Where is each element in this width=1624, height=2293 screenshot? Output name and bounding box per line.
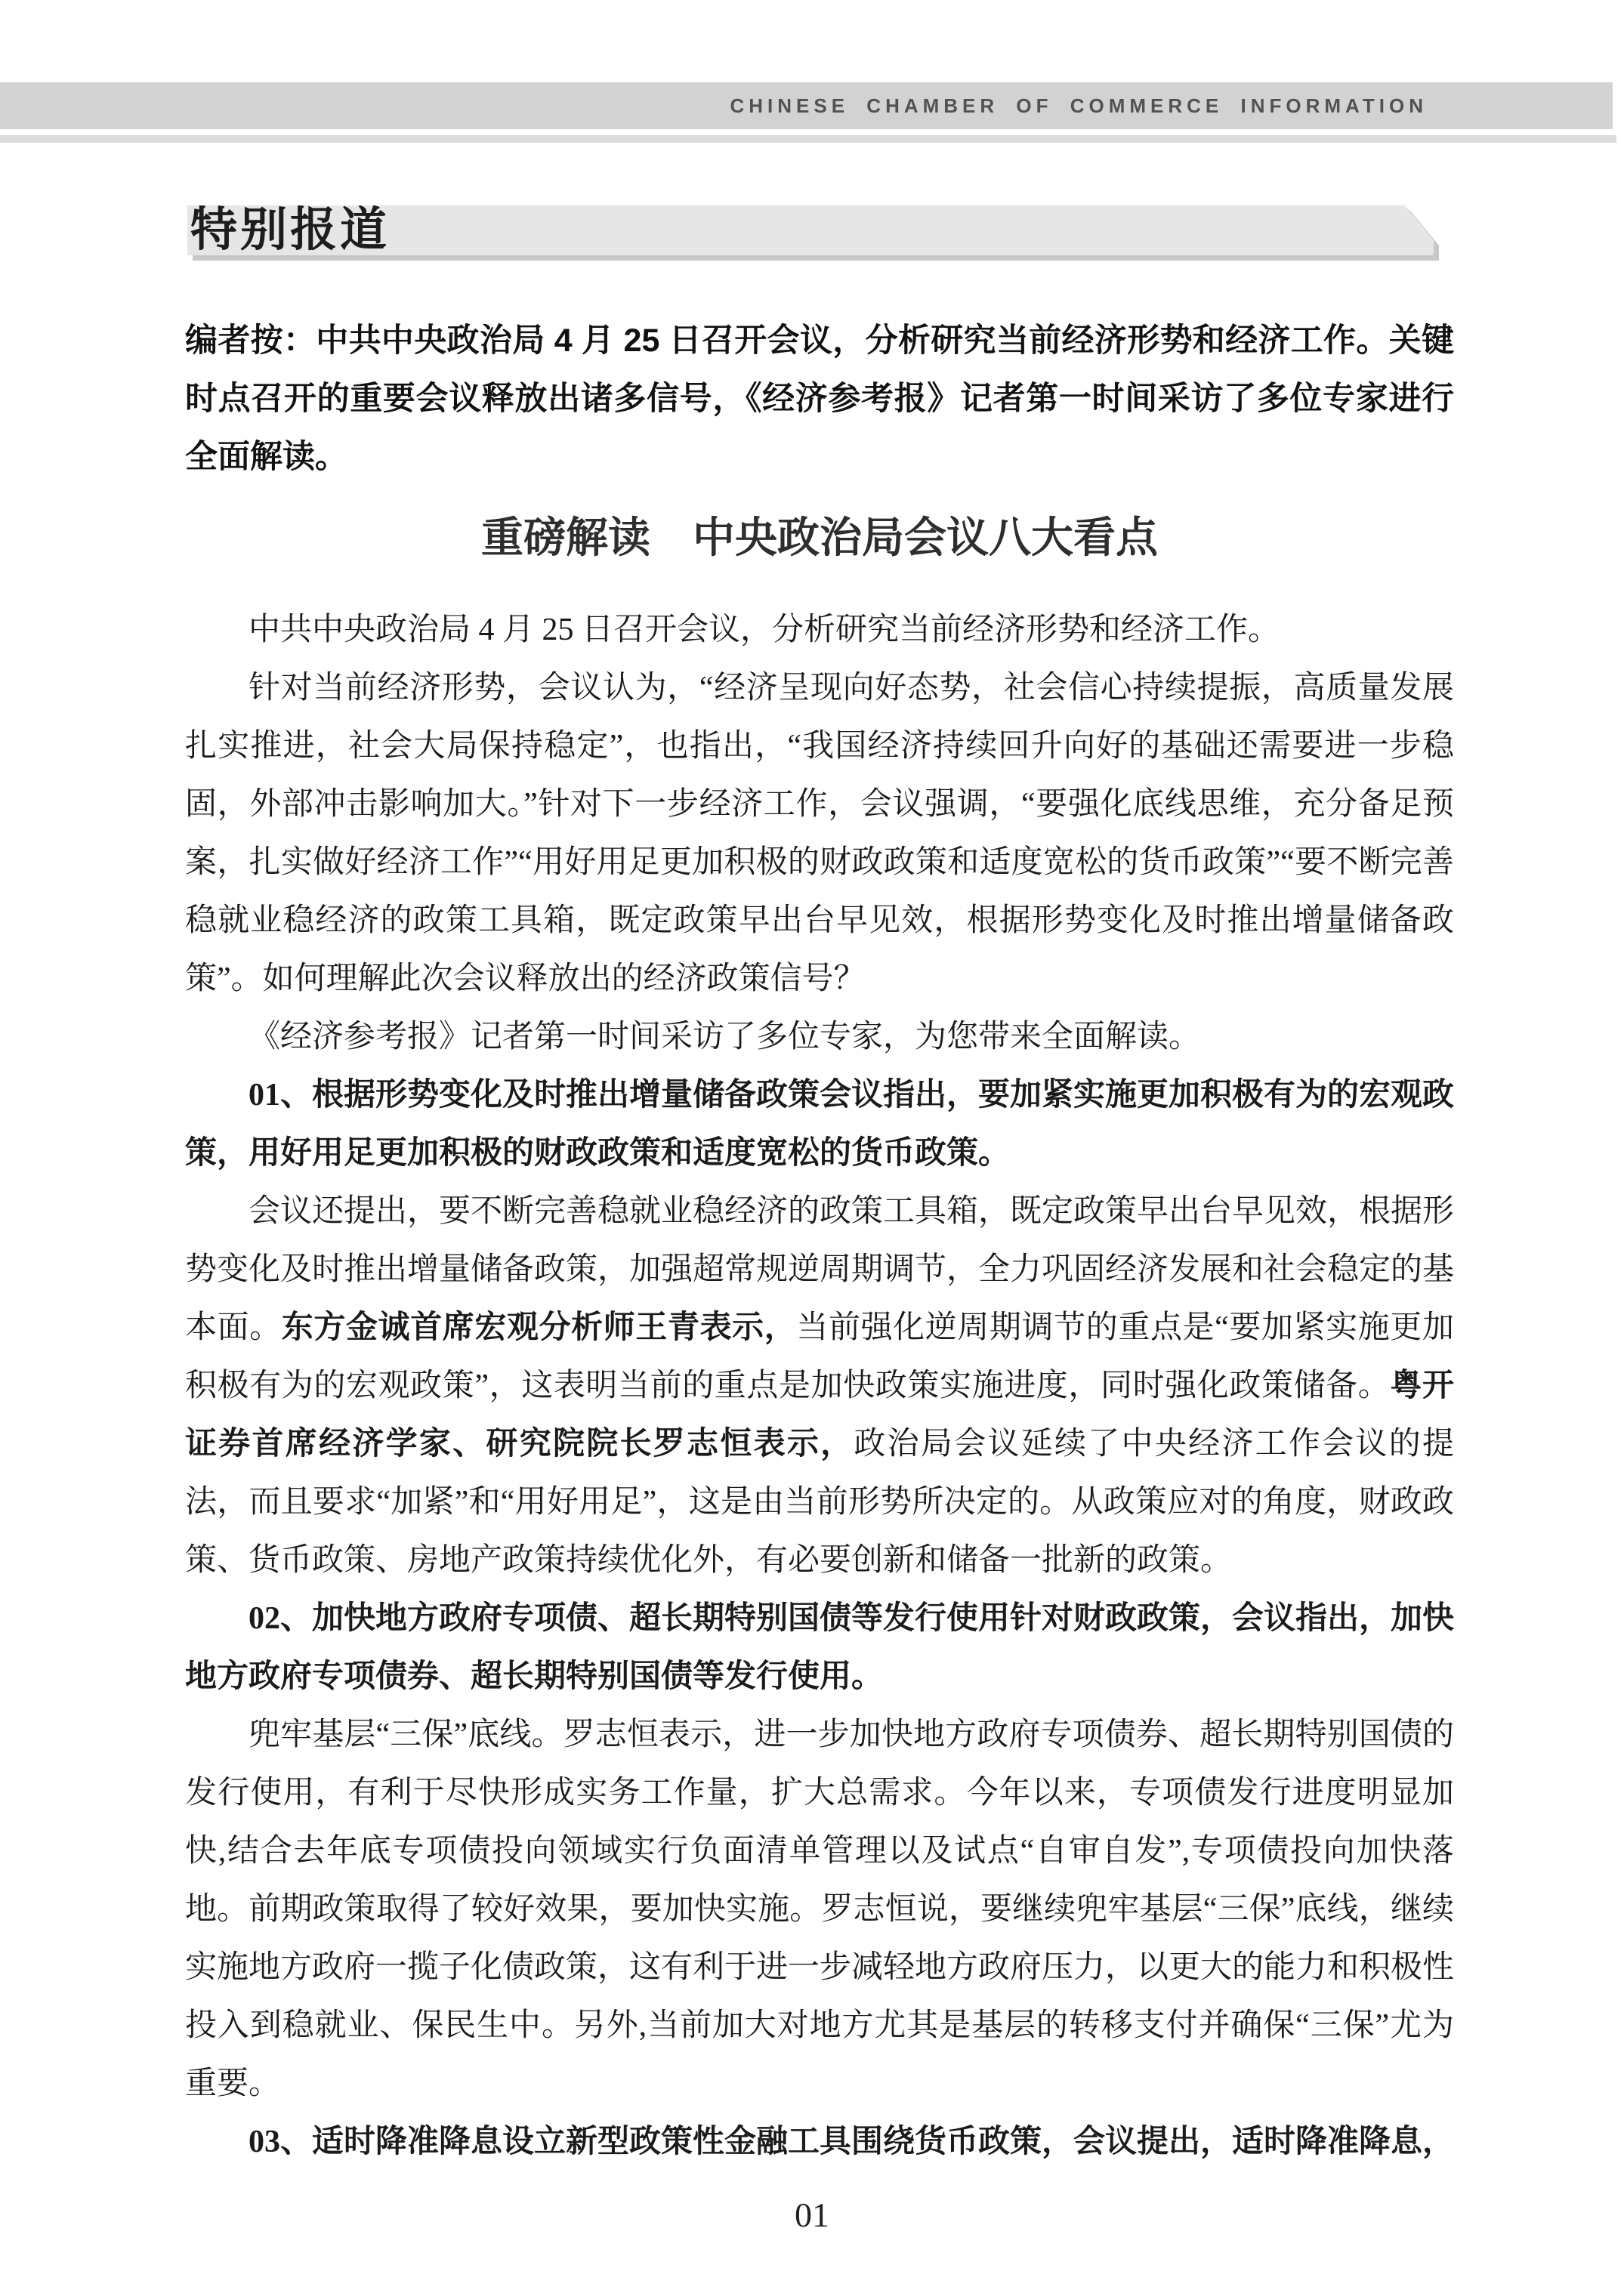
text-segment: 中共中央政治局 4 月 25 日召开会议，分析研究当前经济形势和经济工作。: [249, 613, 1280, 647]
article-paragraph: 针对当前经济形势，会议认为，“经济呈现向好态势，社会信心持续提振，高质量发展扎实…: [185, 659, 1454, 1008]
article-headline: 重磅解读 中央政治局会议八大看点: [185, 511, 1454, 565]
article-paragraph: 《经济参考报》记者第一时间采访了多位专家，为您带来全面解读。: [185, 1008, 1454, 1066]
header-bar: CHINESE CHAMBER OF COMMERCE INFORMATION: [0, 82, 1613, 129]
header-bar-accent-line: [0, 135, 1616, 143]
header-bar-title: CHINESE CHAMBER OF COMMERCE INFORMATION: [730, 82, 1428, 129]
editor-note: 编者按：中共中央政治局 4 月 25 日召开会议，分析研究当前经济形势和经济工作…: [185, 312, 1454, 486]
section-banner: 特别报道: [187, 205, 1434, 255]
article-paragraph: 会议还提出，要不断完善稳就业稳经济的政策工具箱，既定政策早出台早见效，根据形势变…: [185, 1183, 1454, 1590]
document-page: CHINESE CHAMBER OF COMMERCE INFORMATION …: [0, 0, 1624, 2293]
page-number: 01: [0, 2195, 1624, 2235]
section-banner-title: 特别报道: [190, 204, 390, 257]
text-segment: 针对当前经济形势，会议认为，“经济呈现向好态势，社会信心持续提振，高质量发展扎实…: [185, 671, 1454, 996]
article-paragraph: 中共中央政治局 4 月 25 日召开会议，分析研究当前经济形势和经济工作。: [185, 601, 1454, 659]
text-segment: 《经济参考报》记者第一时间采访了多位专家，为您带来全面解读。: [249, 1020, 1200, 1054]
emphasized-text-segment: 03、适时降准降息设立新型政策性金融工具围绕货币政策，会议提出，适时降准降息，: [249, 2125, 1454, 2159]
article-paragraph: 兜牢基层“三保”底线。罗志恒表示，进一步加快地方政府专项债券、超长期特别国债的发…: [185, 1706, 1454, 2113]
emphasized-text-segment: 01、根据形势变化及时推出增量储备政策会议指出，要加紧实施更加积极有为的宏观政策…: [185, 1078, 1454, 1171]
text-segment: 兜牢基层“三保”底线。罗志恒表示，进一步加快地方政府专项债券、超长期特别国债的发…: [185, 1717, 1454, 2101]
emphasized-text-segment: 东方金诚首席宏观分析师王青表示，: [282, 1310, 797, 1345]
article-paragraph: 01、根据形势变化及时推出增量储备政策会议指出，要加紧实施更加积极有为的宏观政策…: [185, 1066, 1454, 1183]
article-paragraph: 03、适时降准降息设立新型政策性金融工具围绕货币政策，会议提出，适时降准降息，: [185, 2113, 1454, 2171]
article-paragraph: 02、加快地方政府专项债、超长期特别国债等发行使用针对财政政策，会议指出，加快地…: [185, 1590, 1454, 1706]
emphasized-text-segment: 02、加快地方政府专项债、超长期特别国债等发行使用针对财政政策，会议指出，加快地…: [185, 1601, 1454, 1694]
article-body: 中共中央政治局 4 月 25 日召开会议，分析研究当前经济形势和经济工作。针对当…: [185, 601, 1454, 2171]
